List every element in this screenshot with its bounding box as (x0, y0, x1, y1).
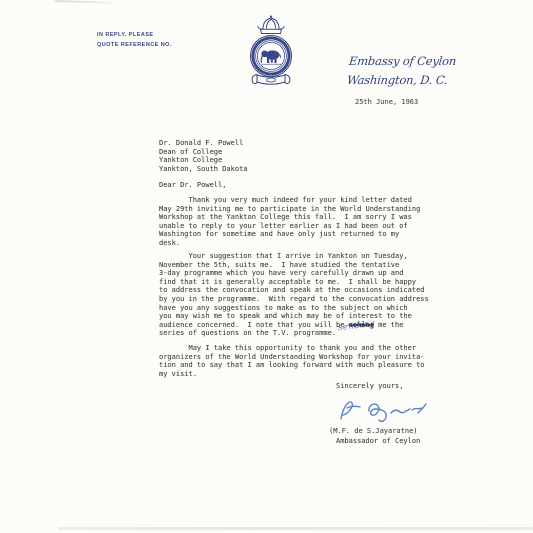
body-paragraph-3: May I take this opportunity to thank you… (159, 344, 425, 378)
signature-scrawl-icon (334, 394, 429, 426)
paragraph-2-text: Your suggestion that I arrive in Yankton… (159, 252, 429, 329)
reference-note: IN REPLY, PLEASE QUOTE REFERENCE NO. (97, 30, 172, 50)
paper-edge-shadow (58, 527, 533, 530)
letter-date: 25th June, 1963 (355, 98, 418, 107)
valediction: Sincerely yours, (336, 382, 403, 391)
letter-page: IN REPLY, PLEASE QUOTE REFERENCE NO. (0, 0, 533, 533)
ceylon-elephant-crest-icon (243, 14, 299, 92)
signature-name: (M.F. de S.Jayaratne) (329, 427, 418, 436)
letterhead-block: Embassy of Ceylon Washington, D. C. (346, 52, 457, 90)
body-paragraph-2: Your suggestion that I arrive in Yankton… (159, 252, 429, 338)
embassy-name: Embassy of Ceylon (348, 52, 457, 71)
body-paragraph-1: Thank you very much indeed for your kind… (159, 196, 420, 248)
salutation: Dear Dr. Powell, (159, 181, 226, 190)
recipient-address: Dr. Donald F. Powell Dean of College Yan… (159, 139, 248, 173)
scan-artifact-top (55, 0, 121, 4)
embassy-city: Washington, D. C. (346, 71, 455, 90)
signature-title: Ambassador of Ceylon (336, 437, 420, 446)
